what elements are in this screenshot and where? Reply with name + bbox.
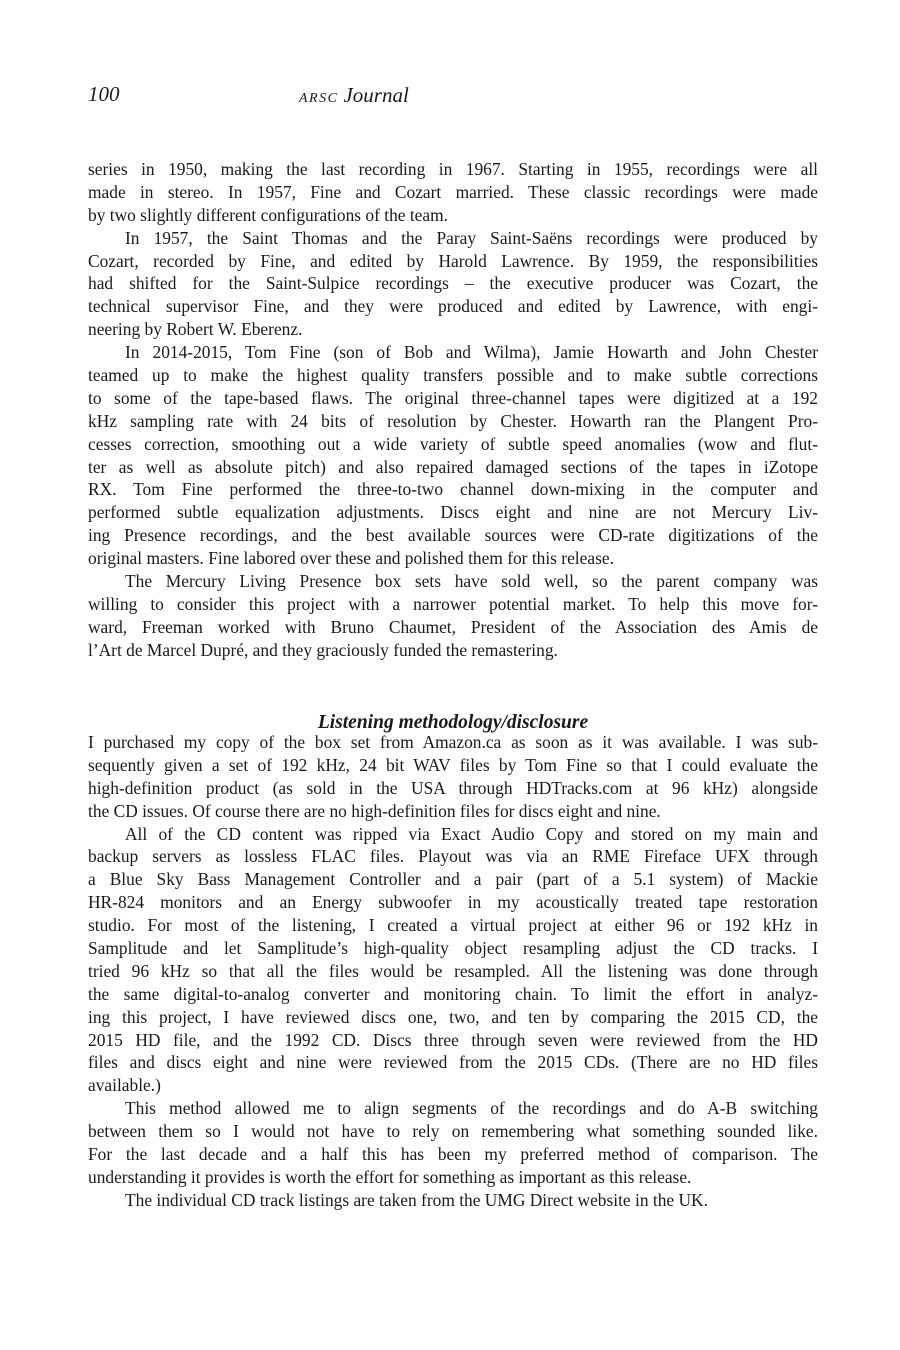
text-line: All of the CD content was ripped via Exa… bbox=[88, 823, 818, 846]
text-line: the CD issues. Of course there are no hi… bbox=[88, 800, 818, 823]
text-line: l’Art de Marcel Dupré, and they gracious… bbox=[88, 639, 818, 662]
text-line: files and discs eight and nine were revi… bbox=[88, 1051, 818, 1074]
text-line: had shifted for the Saint-Sulpice record… bbox=[88, 272, 818, 295]
text-line: understanding it provides is worth the e… bbox=[88, 1166, 818, 1189]
text-line: HR-824 monitors and an Energy subwoofer … bbox=[88, 891, 818, 914]
text-line: studio. For most of the listening, I cre… bbox=[88, 914, 818, 937]
text-line: backup servers as lossless FLAC files. P… bbox=[88, 845, 818, 868]
text-line: series in 1950, making the last recordin… bbox=[88, 158, 818, 181]
text-line: In 2014-2015, Tom Fine (son of Bob and W… bbox=[88, 341, 818, 364]
text-line: This method allowed me to align segments… bbox=[88, 1097, 818, 1120]
text-line: performed subtle equalization adjustment… bbox=[88, 501, 818, 524]
paragraph: The Mercury Living Presence box sets hav… bbox=[88, 570, 818, 662]
text-line: sequently given a set of 192 kHz, 24 bit… bbox=[88, 754, 818, 777]
text-line: ing this project, I have reviewed discs … bbox=[88, 1006, 818, 1029]
journal-title: ARSCJournal bbox=[299, 83, 409, 108]
text-line: technical supervisor Fine, and they were… bbox=[88, 295, 818, 318]
text-line: Samplitude and let Samplitude’s high-qua… bbox=[88, 937, 818, 960]
text-line: willing to consider this project with a … bbox=[88, 593, 818, 616]
text-line: I purchased my copy of the box set from … bbox=[88, 731, 818, 754]
text-line: made in stereo. In 1957, Fine and Cozart… bbox=[88, 181, 818, 204]
text-line: original masters. Fine labored over thes… bbox=[88, 547, 818, 570]
text-line: kHz sampling rate with 24 bits of resolu… bbox=[88, 410, 818, 433]
paragraph: This method allowed me to align segments… bbox=[88, 1097, 818, 1189]
text-line: In 1957, the Saint Thomas and the Paray … bbox=[88, 227, 818, 250]
text-line: to some of the tape-based flaws. The ori… bbox=[88, 387, 818, 410]
text-line: Cozart, recorded by Fine, and edited by … bbox=[88, 250, 818, 273]
running-head: 100 ARSCJournal bbox=[88, 82, 828, 110]
text-line: 2015 HD file, and the 1992 CD. Discs thr… bbox=[88, 1029, 818, 1052]
text-line: cesses correction, smoothing out a wide … bbox=[88, 433, 818, 456]
section-1-body: series in 1950, making the last recordin… bbox=[88, 158, 818, 662]
paragraph: series in 1950, making the last recordin… bbox=[88, 158, 818, 227]
journal-prefix: ARSC bbox=[299, 91, 338, 106]
paragraph: In 2014-2015, Tom Fine (son of Bob and W… bbox=[88, 341, 818, 570]
text-line: the same digital-to-analog converter and… bbox=[88, 983, 818, 1006]
text-line: teamed up to make the highest quality tr… bbox=[88, 364, 818, 387]
text-line: For the last decade and a half this has … bbox=[88, 1143, 818, 1166]
text-line: ward, Freeman worked with Bruno Chaumet,… bbox=[88, 616, 818, 639]
text-line: The Mercury Living Presence box sets hav… bbox=[88, 570, 818, 593]
page-number: 100 bbox=[88, 82, 120, 107]
text-line: available.) bbox=[88, 1074, 818, 1097]
text-line: between them so I would not have to rely… bbox=[88, 1120, 818, 1143]
text-line: neering by Robert W. Eberenz. bbox=[88, 318, 818, 341]
text-line: ing Presence recordings, and the best av… bbox=[88, 524, 818, 547]
text-line: The individual CD track listings are tak… bbox=[88, 1189, 818, 1212]
text-line: a Blue Sky Bass Management Controller an… bbox=[88, 868, 818, 891]
text-line: by two slightly different configurations… bbox=[88, 204, 818, 227]
text-line: ter as well as absolute pitch) and also … bbox=[88, 456, 818, 479]
paragraph: I purchased my copy of the box set from … bbox=[88, 731, 818, 823]
text-line: tried 96 kHz so that all the files would… bbox=[88, 960, 818, 983]
paragraph: In 1957, the Saint Thomas and the Paray … bbox=[88, 227, 818, 341]
paragraph: All of the CD content was ripped via Exa… bbox=[88, 823, 818, 1098]
text-line: RX. Tom Fine performed the three-to-two … bbox=[88, 478, 818, 501]
text-line: high-definition product (as sold in the … bbox=[88, 777, 818, 800]
section-2-body: I purchased my copy of the box set from … bbox=[88, 731, 818, 1212]
journal-name: Journal bbox=[343, 83, 408, 107]
paragraph: The individual CD track listings are tak… bbox=[88, 1189, 818, 1212]
